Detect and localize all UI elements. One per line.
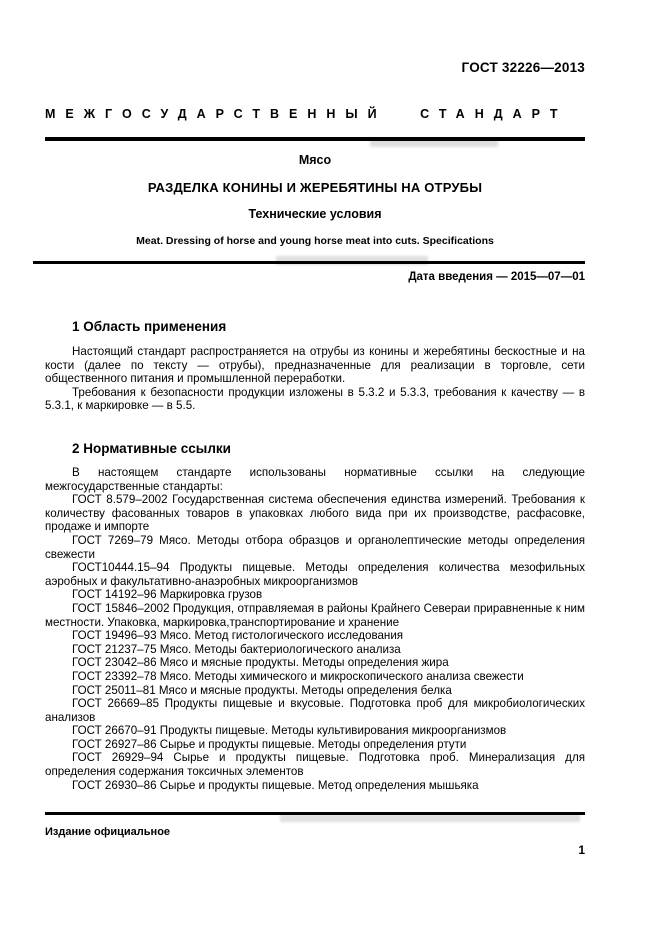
title-main: РАЗДЕЛКА КОНИНЫ И ЖЕРЕБЯТИНЫ НА ОТРУБЫ xyxy=(45,180,585,195)
header-rule xyxy=(45,137,585,141)
paragraph: Настоящий стандарт распространяется на о… xyxy=(45,345,585,386)
reference-item: ГОСТ 14192–96 Маркировка грузов xyxy=(45,588,585,602)
doc-number: ГОСТ 32226—2013 xyxy=(462,60,585,75)
page-number: 1 xyxy=(578,843,585,857)
title-rule xyxy=(33,261,585,264)
reference-item: ГОСТ 26669–85 Продукты пищевые и вкусовы… xyxy=(45,697,585,724)
reference-item: ГОСТ 21237–75 Мясо. Методы бактериологич… xyxy=(45,643,585,657)
title-english: Meat. Dressing of horse and young horse … xyxy=(45,235,585,247)
section-scope-body: Настоящий стандарт распространяется на о… xyxy=(45,345,585,413)
reference-item: ГОСТ 23042–86 Мясо и мясные продукты. Ме… xyxy=(45,656,585,670)
reference-item: ГОСТ 26670–91 Продукты пищевые. Методы к… xyxy=(45,724,585,738)
title-subtitle: Технические условия xyxy=(45,207,585,221)
section-references-heading: 2 Нормативные ссылки xyxy=(72,441,231,456)
scan-artifact xyxy=(280,814,580,822)
reference-item: ГОСТ 7269–79 Мясо. Методы отбора образцо… xyxy=(45,534,585,561)
reference-item: ГОСТ 25011–81 Мясо и мясные продукты. Ме… xyxy=(45,684,585,698)
reference-item: ГОСТ 8.579–2002 Государственная система … xyxy=(45,493,585,534)
reference-item: ГОСТ10444.15–94 Продукты пищевые. Методы… xyxy=(45,561,585,588)
title-group: Мясо xyxy=(45,153,585,167)
reference-item: ГОСТ 26929–94 Сырье и продукты пищевые. … xyxy=(45,751,585,778)
introduction-date: Дата введения — 2015—07—01 xyxy=(408,271,585,283)
section-references-body: В настоящем стандарте использованы норма… xyxy=(45,466,585,792)
standard-type-title: МЕЖГОСУДАРСТВЕННЫЙ СТАНДАРТ xyxy=(45,107,585,121)
reference-item: ГОСТ 23392–78 Мясо. Методы химического и… xyxy=(45,670,585,684)
reference-item: ГОСТ 26927–86 Сырье и продукты пищевые. … xyxy=(45,738,585,752)
edition-note: Издание официальное xyxy=(45,826,170,838)
reference-item: ГОСТ 19496–93 Мясо. Метод гистологическо… xyxy=(45,629,585,643)
reference-item: ГОСТ 26930–86 Сырье и продукты пищевые. … xyxy=(45,779,585,793)
document-page: ГОСТ 32226—2013 МЕЖГОСУДАРСТВЕННЫЙ СТАНД… xyxy=(0,0,661,935)
section-scope-heading: 1 Область применения xyxy=(72,319,226,334)
footer-rule xyxy=(45,812,585,815)
reference-item: ГОСТ 15846–2002 Продукция, отправляемая … xyxy=(45,602,585,629)
paragraph: Требования к безопасности продукции изло… xyxy=(45,386,585,413)
paragraph: В настоящем стандарте использованы норма… xyxy=(45,466,585,493)
